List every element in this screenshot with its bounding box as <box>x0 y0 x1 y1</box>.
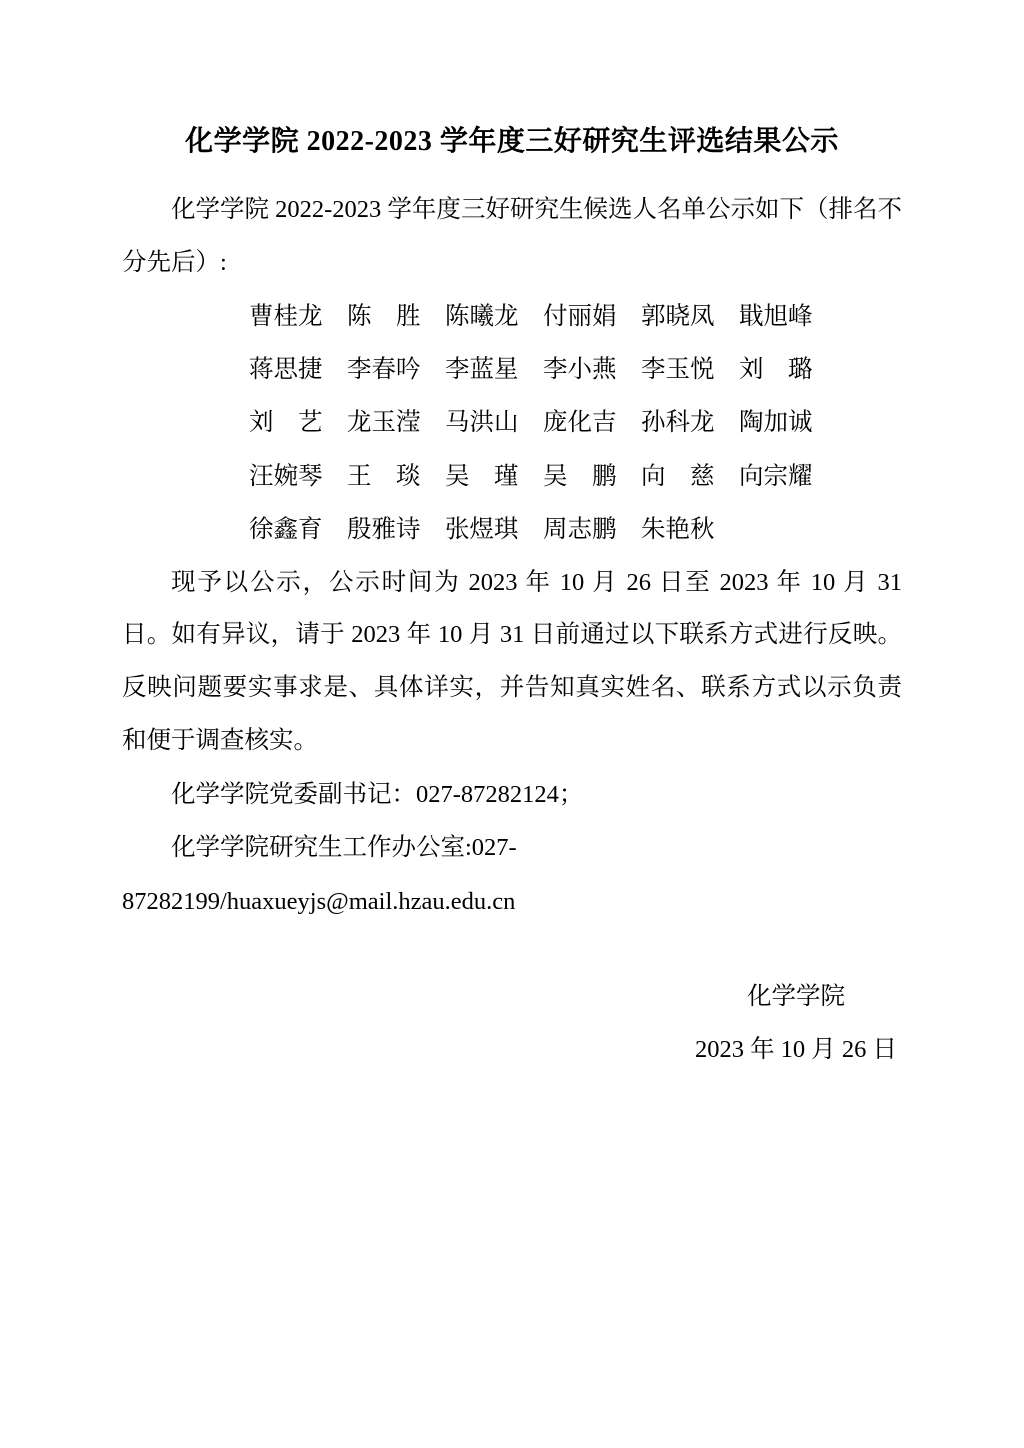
document-page: 化学学院 2022-2023 学年度三好研究生评选结果公示 化学学院 2022-… <box>0 0 1024 1448</box>
document-title: 化学学院 2022-2023 学年度三好研究生评选结果公示 <box>122 120 902 164</box>
name-list-row: 曹桂龙 陈 胜 陈曦龙 付丽娟 郭晓凤 戢旭峰 <box>249 290 902 343</box>
signature-date: 2023 年 10 月 26 日 <box>690 1023 902 1076</box>
signature-block: 化学学院 2023 年 10 月 26 日 <box>690 970 902 1077</box>
contact-graduate-office: 化学学院研究生工作办公室:027-87282199/huaxueyjs@mail… <box>122 821 902 928</box>
name-list-row: 徐鑫育 殷雅诗 张煜琪 周志鹏 朱艳秋 <box>249 503 902 556</box>
contact-party-secretary: 化学学院党委副书记：027-87282124； <box>122 768 902 821</box>
candidate-name-list: 曹桂龙 陈 胜 陈曦龙 付丽娟 郭晓凤 戢旭峰 蒋思捷 李春吟 李蓝星 李小燕 … <box>122 290 902 557</box>
name-list-row: 汪婉琴 王 琰 吴 瑾 吴 鹏 向 慈 向宗耀 <box>249 450 902 503</box>
intro-paragraph: 化学学院 2022-2023 学年度三好研究生候选人名单公示如下（排名不分先后）… <box>122 184 902 290</box>
signature-organization: 化学学院 <box>690 970 902 1023</box>
notice-paragraph: 现予以公示，公示时间为 2023 年 10 月 26 日至 2023 年 10 … <box>122 557 902 768</box>
name-list-row: 刘 艺 龙玉滢 马洪山 庞化吉 孙科龙 陶加诚 <box>249 396 902 449</box>
name-list-row: 蒋思捷 李春吟 李蓝星 李小燕 李玉悦 刘 璐 <box>249 343 902 396</box>
